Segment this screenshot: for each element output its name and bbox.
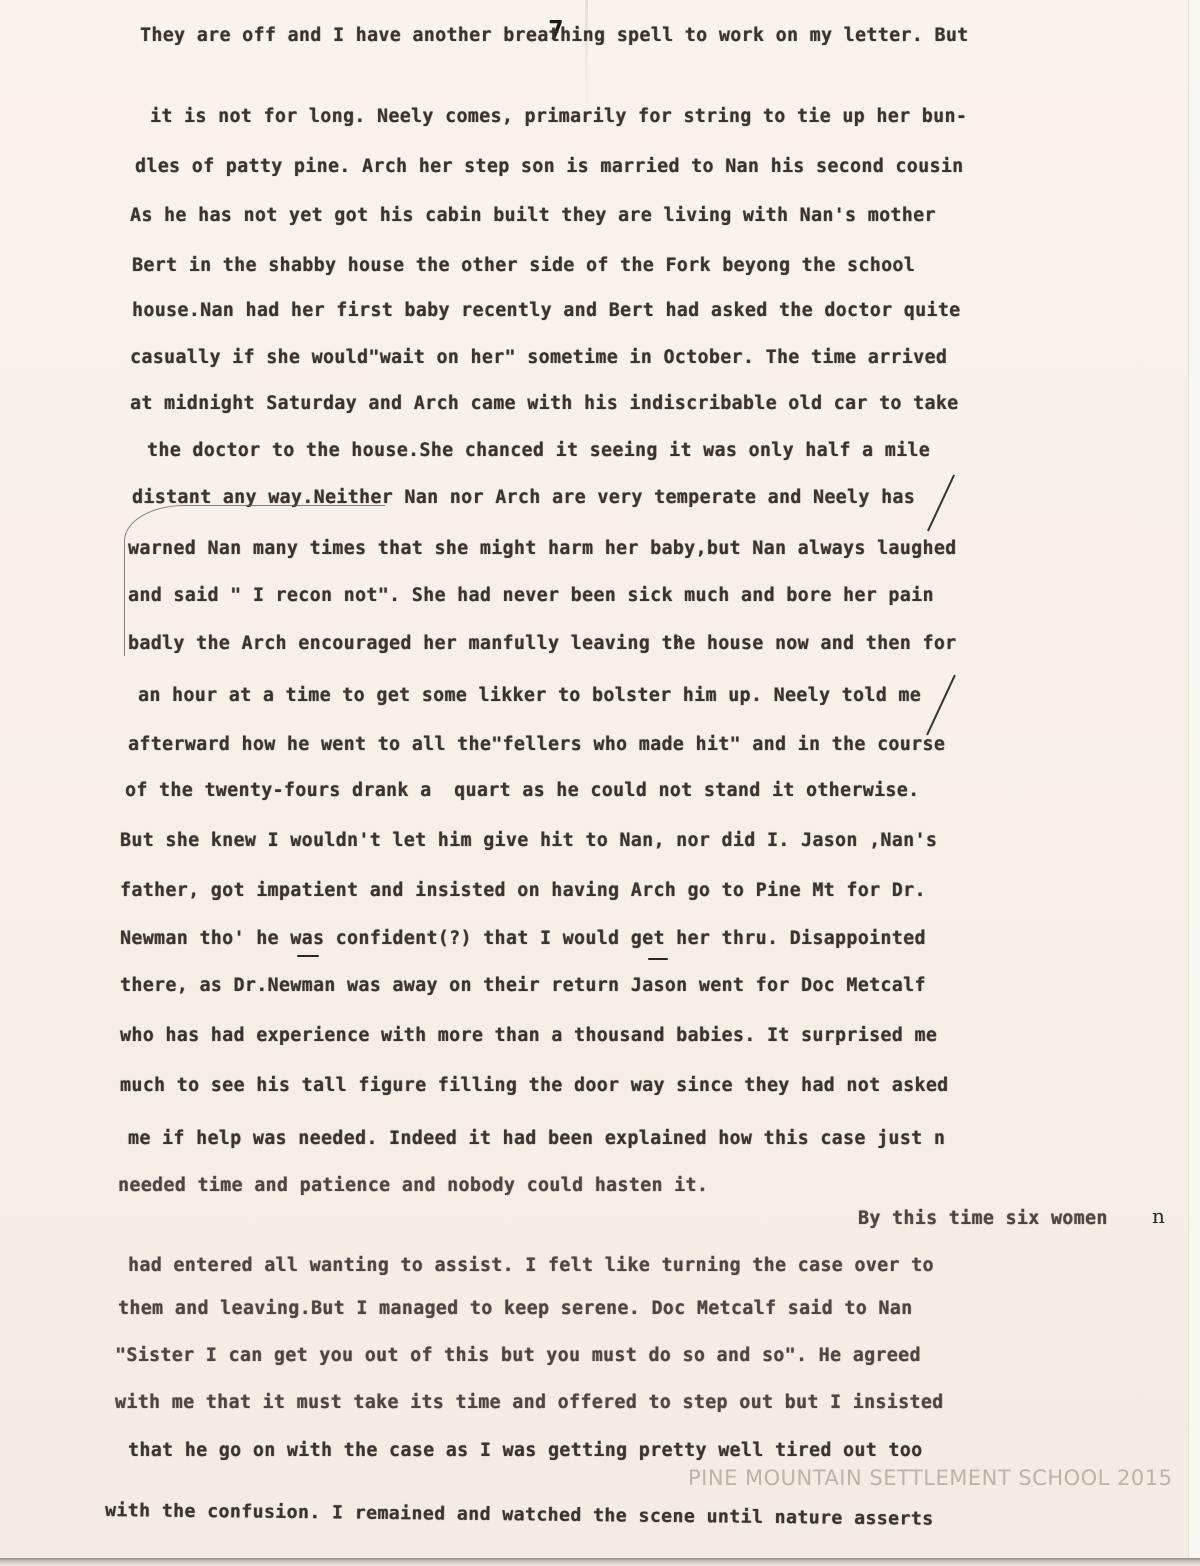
text-line: afterward how he went to all the"fellers… [128, 734, 945, 755]
text-line: of the twenty-fours drank a quart as he … [125, 780, 920, 801]
text-line: it is not for long. Neely comes, primari… [150, 106, 967, 127]
text-line: Bert in the shabby house the other side … [132, 255, 915, 276]
text-line: Newman tho' he was confident(?) that I w… [120, 928, 926, 949]
text-line: had entered all wanting to assist. I fel… [128, 1255, 934, 1276]
text-line: much to see his tall figure filling the … [120, 1075, 949, 1096]
pen-slash-mark [927, 474, 955, 531]
text-line: As he has not yet got his cabin built th… [130, 205, 936, 226]
text-line: needed time and patience and nobody coul… [118, 1175, 708, 1196]
text-line: them and leaving.But I managed to keep s… [118, 1298, 913, 1319]
text-line: with me that it must take its time and o… [115, 1392, 944, 1413]
text-line: that he go on with the case as I was get… [128, 1440, 923, 1461]
paper-fold [585, 0, 588, 120]
text-line: But she knew I wouldn't let him give hit… [120, 830, 937, 851]
text-line: with the confusion. I remained and watch… [105, 1500, 934, 1530]
margin-bracket-mark [124, 505, 385, 656]
document-page: 7 They are off and I have another breath… [0, 0, 1192, 1560]
text-line: They are off and I have another breathin… [140, 25, 969, 46]
underline-mark [297, 955, 319, 957]
watermark: PINE MOUNTAIN SETTLEMENT SCHOOL 2015 [688, 1466, 1173, 1490]
pen-slash-mark [926, 675, 956, 736]
underline-mark [648, 958, 668, 960]
text-line: who has had experience with more than a … [120, 1025, 937, 1046]
text-line: "Sister I can get you out of this but yo… [115, 1345, 921, 1366]
text-line: the doctor to the house.She chanced it s… [147, 440, 930, 461]
text-line: an hour at a time to get some likker to … [138, 685, 921, 706]
text-line: there, as Dr.Newman was away on their re… [120, 975, 926, 996]
text-line: dles of patty pine. Arch her step son is… [135, 156, 964, 177]
query-mark: ? [673, 633, 682, 653]
text-line: house.Nan had her first baby recently an… [132, 300, 961, 321]
page-right-edge [1188, 0, 1200, 1566]
text-line: casually if she would"wait on her" somet… [130, 347, 947, 368]
women-n-mark: n [1152, 1204, 1165, 1228]
text-line: at midnight Saturday and Arch came with … [130, 393, 959, 414]
text-line: father, got impatient and insisted on ha… [120, 880, 926, 901]
text-line: By this time six women [858, 1208, 1108, 1229]
page-bottom-edge [0, 1558, 1200, 1566]
text-line: me if help was needed. Indeed it had bee… [128, 1128, 945, 1149]
